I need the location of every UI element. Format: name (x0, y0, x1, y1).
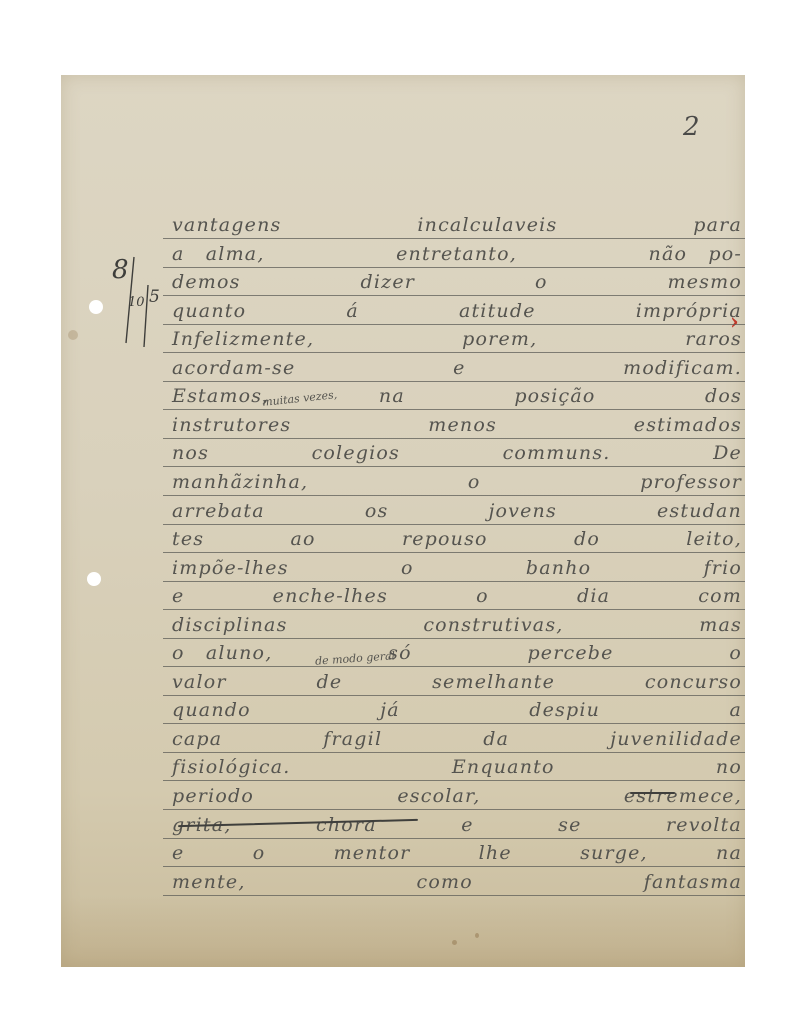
handwritten-word: com (698, 585, 742, 611)
margin-note-bottom: 5 (149, 287, 160, 307)
handwritten-word: do (574, 528, 600, 554)
handwritten-word: o (476, 585, 489, 611)
handwritten-word: o (729, 642, 742, 668)
handwritten-line: impõe-lhesobanhofrio (172, 557, 742, 583)
handwritten-word: á (346, 300, 359, 326)
handwritten-word: banho (526, 557, 591, 583)
handwritten-word: mas (699, 614, 742, 640)
handwritten-word: demos (172, 271, 241, 297)
handwritten-word: manhãzinha, (172, 471, 308, 497)
handwritten-word: fisiológica. (172, 756, 291, 782)
handwritten-word: acordam-se (172, 357, 295, 383)
handwritten-word: revolta (666, 814, 742, 840)
handwritten-word: communs. (503, 442, 611, 468)
handwritten-word: construtivas, (423, 614, 563, 640)
handwritten-word: e (172, 842, 184, 868)
handwritten-word: o (253, 842, 266, 868)
handwritten-line: a alma,entretanto,não po- (172, 243, 742, 269)
handwritten-word: tes (172, 528, 204, 554)
handwritten-line: capafragildajuvenilidade (172, 728, 742, 754)
handwritten-word: menos (428, 414, 497, 440)
handwritten-word: na (716, 842, 742, 868)
handwritten-line: grita,choraeserevolta (172, 814, 742, 840)
handwritten-word: na (379, 385, 405, 411)
handwritten-word: dia (577, 585, 610, 611)
handwritten-word: quando (172, 699, 251, 725)
handwritten-line: arrebataosjovensestudan (172, 500, 742, 526)
handwritten-word: periodo (172, 785, 254, 811)
handwritten-word: concurso (645, 671, 742, 697)
handwritten-word: atitude (459, 300, 536, 326)
handwritten-word: De (713, 442, 742, 468)
handwritten-word: jovens (488, 500, 557, 526)
margin-note-middle: 10 (128, 295, 145, 310)
handwritten-word: disciplinas (172, 614, 288, 640)
handwritten-word: e (461, 814, 473, 840)
handwritten-word: os (365, 500, 389, 526)
handwritten-word: chora (316, 814, 377, 840)
handwritten-word: da (483, 728, 509, 754)
handwritten-word: instrutores (172, 414, 291, 440)
handwritten-word: raros (685, 328, 742, 354)
handwritten-word: estimados (634, 414, 742, 440)
handwritten-line: tesaorepousodoleito, (172, 528, 742, 554)
handwritten-word: surge, (580, 842, 648, 868)
handwritten-word: vantagens (172, 214, 281, 240)
handwritten-word: estremece, (624, 785, 742, 811)
handwritten-line: quandojádespiua (172, 699, 742, 725)
margin-note: 8 10 5 (112, 255, 162, 345)
handwritten-word: dizer (361, 271, 416, 297)
handwritten-word: Infelizmente, (172, 328, 314, 354)
handwritten-line: noscolegioscommuns.De (172, 442, 742, 468)
handwritten-word: já (380, 699, 400, 725)
page-number: 2 (683, 112, 700, 142)
handwritten-word: valor (172, 671, 227, 697)
handwritten-word: arrebata (172, 500, 265, 526)
handwritten-word: de (316, 671, 342, 697)
handwritten-word: para (693, 214, 742, 240)
handwritten-word: a alma, (172, 243, 265, 269)
handwritten-word: enche-lhes (273, 585, 388, 611)
margin-note-top: 8 (112, 255, 129, 285)
handwritten-word: fantasma (644, 871, 742, 897)
handwritten-word: Estamos, (172, 385, 269, 411)
handwritten-line: eomentorlhesurge,na (172, 842, 742, 868)
handwritten-line: acordam-seemodificam. (172, 357, 742, 383)
handwritten-word: impõe-lhes (172, 557, 289, 583)
handwritten-word: professor (640, 471, 742, 497)
handwritten-word: juvenilidade (610, 728, 742, 754)
handwritten-word: nos (172, 442, 209, 468)
paper-stain (68, 330, 78, 340)
handwritten-word: imprópria (636, 300, 742, 326)
handwritten-line: fisiológica.Enquantono (172, 756, 742, 782)
handwritten-line: disciplinasconstrutivas,mas (172, 614, 742, 640)
handwritten-word: colegios (312, 442, 400, 468)
paper-stain (475, 933, 479, 938)
handwritten-line: manhãzinha,oprofessor (172, 471, 742, 497)
handwritten-word: escolar, (397, 785, 480, 811)
handwritten-word: porem, (462, 328, 537, 354)
handwritten-word: dos (705, 385, 742, 411)
handwritten-line: quantoáatitudeimprópria (172, 300, 742, 326)
handwritten-word: modificam. (623, 357, 742, 383)
handwritten-word: não po- (649, 243, 742, 269)
handwritten-word: entretanto, (396, 243, 517, 269)
punch-hole-bottom (87, 572, 101, 586)
handwritten-word: e (172, 585, 184, 611)
handwritten-word: o aluno, (172, 642, 272, 668)
handwritten-word: o (468, 471, 481, 497)
handwritten-word: percebe (527, 642, 613, 668)
handwritten-line: Estamos,naposiçãodos (172, 385, 742, 411)
handwritten-line: demosdizeromesmo (172, 271, 742, 297)
handwritten-line: valordesemelhanteconcurso (172, 671, 742, 697)
handwritten-word: lhe (479, 842, 512, 868)
handwritten-line: vantagensincalculaveispara (172, 214, 742, 240)
handwritten-word: estudan (657, 500, 742, 526)
handwritten-word: quanto (172, 300, 246, 326)
paper-stain (452, 940, 457, 945)
handwritten-word: mesmo (668, 271, 742, 297)
punch-hole-top (89, 300, 103, 314)
handwritten-line: periodoescolar,estremece, (172, 785, 742, 811)
handwritten-word: posição (514, 385, 595, 411)
handwritten-word: mente, (172, 871, 246, 897)
handwritten-word: no (716, 756, 742, 782)
handwritten-line: Infelizmente,porem,raros (172, 328, 742, 354)
handwritten-word: despiu (529, 699, 600, 725)
handwritten-word: se (558, 814, 581, 840)
handwritten-word: mentor (334, 842, 411, 868)
handwritten-word: e (453, 357, 465, 383)
handwritten-word: ao (291, 528, 316, 554)
pen-underline (630, 792, 675, 794)
handwritten-word: o (535, 271, 548, 297)
handwritten-line: eenche-lhesodiacom (172, 585, 742, 611)
handwritten-line: instrutoresmenosestimados (172, 414, 742, 440)
handwritten-word: capa (172, 728, 222, 754)
handwritten-word: semelhante (432, 671, 555, 697)
handwritten-word: frio (704, 557, 742, 583)
handwritten-line: mente,comofantasma (172, 871, 742, 897)
handwritten-word: Enquanto (452, 756, 555, 782)
handwritten-line: o aluno,sópercebeo (172, 642, 742, 668)
handwritten-word: fragil (323, 728, 382, 754)
handwritten-word: incalculaveis (417, 214, 557, 240)
handwritten-word: leito, (686, 528, 742, 554)
handwritten-word: a (729, 699, 742, 725)
handwritten-word: o (401, 557, 414, 583)
handwritten-word: repouso (402, 528, 488, 554)
handwritten-word: como (417, 871, 473, 897)
